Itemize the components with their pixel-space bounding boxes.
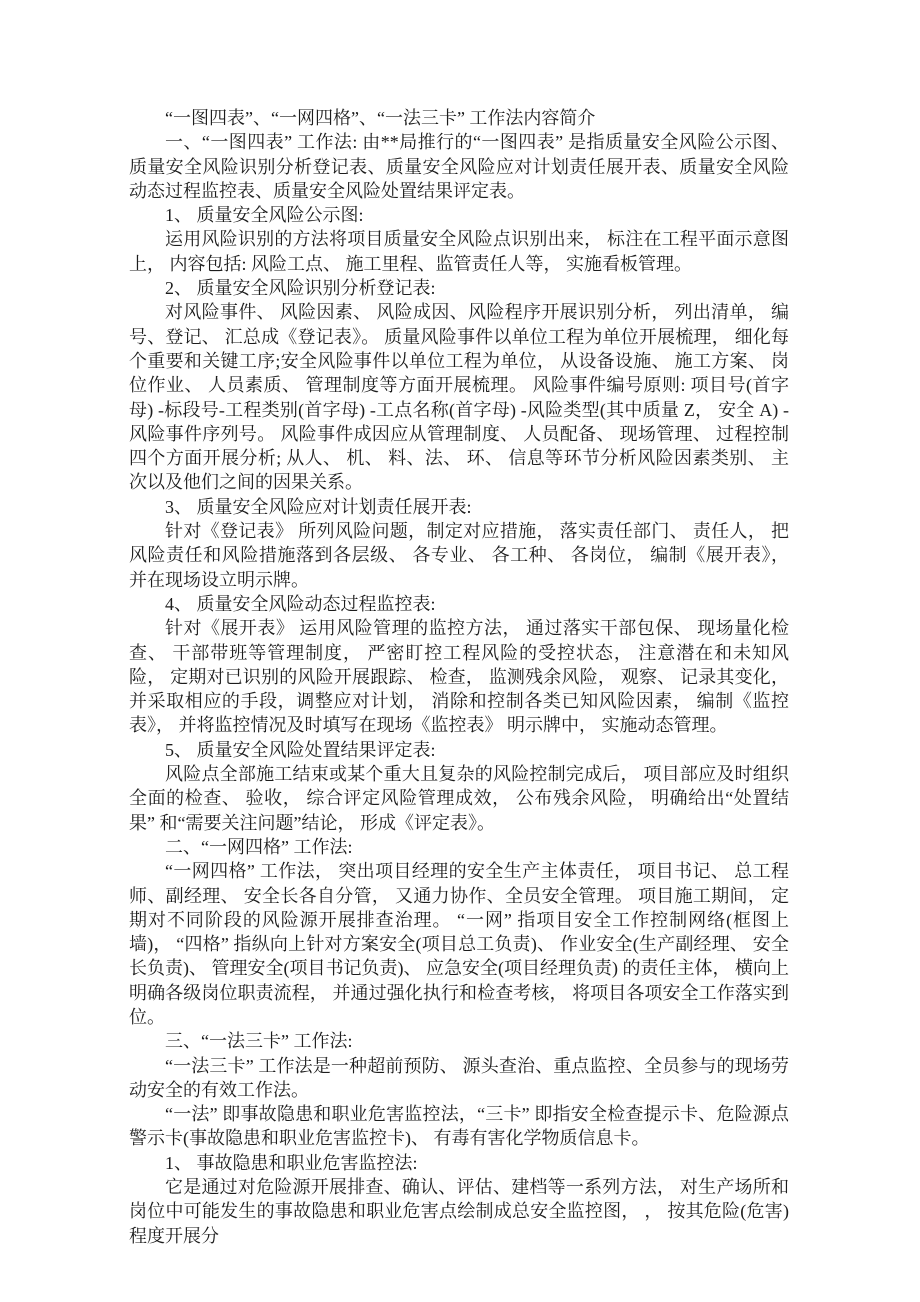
section-two-heading: 二、“一网四格” 工作法: (129, 835, 789, 859)
section-three-body-paragraph-1: “一法三卡” 工作法是一种超前预防、 源头查治、重点监控、全员参与的现场劳动安全… (129, 1054, 789, 1103)
document-page: “一图四表”、“一网四格”、“一法三卡” 工作法内容简介 一、“一图四表” 工作… (0, 0, 920, 1302)
item-2-heading: 2、 质量安全风险识别分析登记表: (129, 276, 789, 300)
section-three-body-paragraph-2: “一法” 即事故隐患和职业危害监控法，“三卡” 即指安全检查提示卡、危险源点警示… (129, 1102, 789, 1151)
item-3-body-paragraph: 针对《登记表》 所列风险问题，制定对应措施， 落实责任部门、 责任人， 把风险责… (129, 519, 789, 592)
item-4-body-paragraph: 针对《展开表》 运用风险管理的监控方法， 通过落实干部包保、 现场量化检查、 干… (129, 616, 789, 737)
section-three-item-1-heading: 1、 事故隐患和职业危害监控法: (129, 1151, 789, 1175)
item-1-body-paragraph: 运用风险识别的方法将项目质量安全风险点识别出来， 标注在工程平面示意图上， 内容… (129, 227, 789, 276)
item-2-body-paragraph: 对风险事件、 风险因素、 风险成因、风险程序开展识别分析， 列出清单， 编号、登… (129, 300, 789, 494)
document-text-block: “一图四表”、“一网四格”、“一法三卡” 工作法内容简介 一、“一图四表” 工作… (129, 106, 789, 1248)
section-three-item-1-body-paragraph: 它是通过对危险源开展排查、确认、评估、建档等一系列方法， 对生产场所和岗位中可能… (129, 1175, 789, 1248)
item-3-heading: 3、 质量安全风险应对计划责任展开表: (129, 495, 789, 519)
item-5-body-paragraph: 风险点全部施工结束或某个重大且复杂的风险控制完成后， 项目部应及时组织全面的检查… (129, 762, 789, 835)
item-1-heading: 1、 质量安全风险公示图: (129, 203, 789, 227)
section-one-intro-paragraph: 一、“一图四表” 工作法: 由**局推行的“一图四表” 是指质量安全风险公示图、… (129, 130, 789, 203)
document-title: “一图四表”、“一网四格”、“一法三卡” 工作法内容简介 (129, 106, 789, 130)
section-three-heading: 三、“一法三卡” 工作法: (129, 1029, 789, 1053)
section-two-body-paragraph: “一网四格” 工作法， 突出项目经理的安全生产主体责任， 项目书记、 总工程师、… (129, 859, 789, 1029)
item-5-heading: 5、 质量安全风险处置结果评定表: (129, 738, 789, 762)
item-4-heading: 4、 质量安全风险动态过程监控表: (129, 592, 789, 616)
